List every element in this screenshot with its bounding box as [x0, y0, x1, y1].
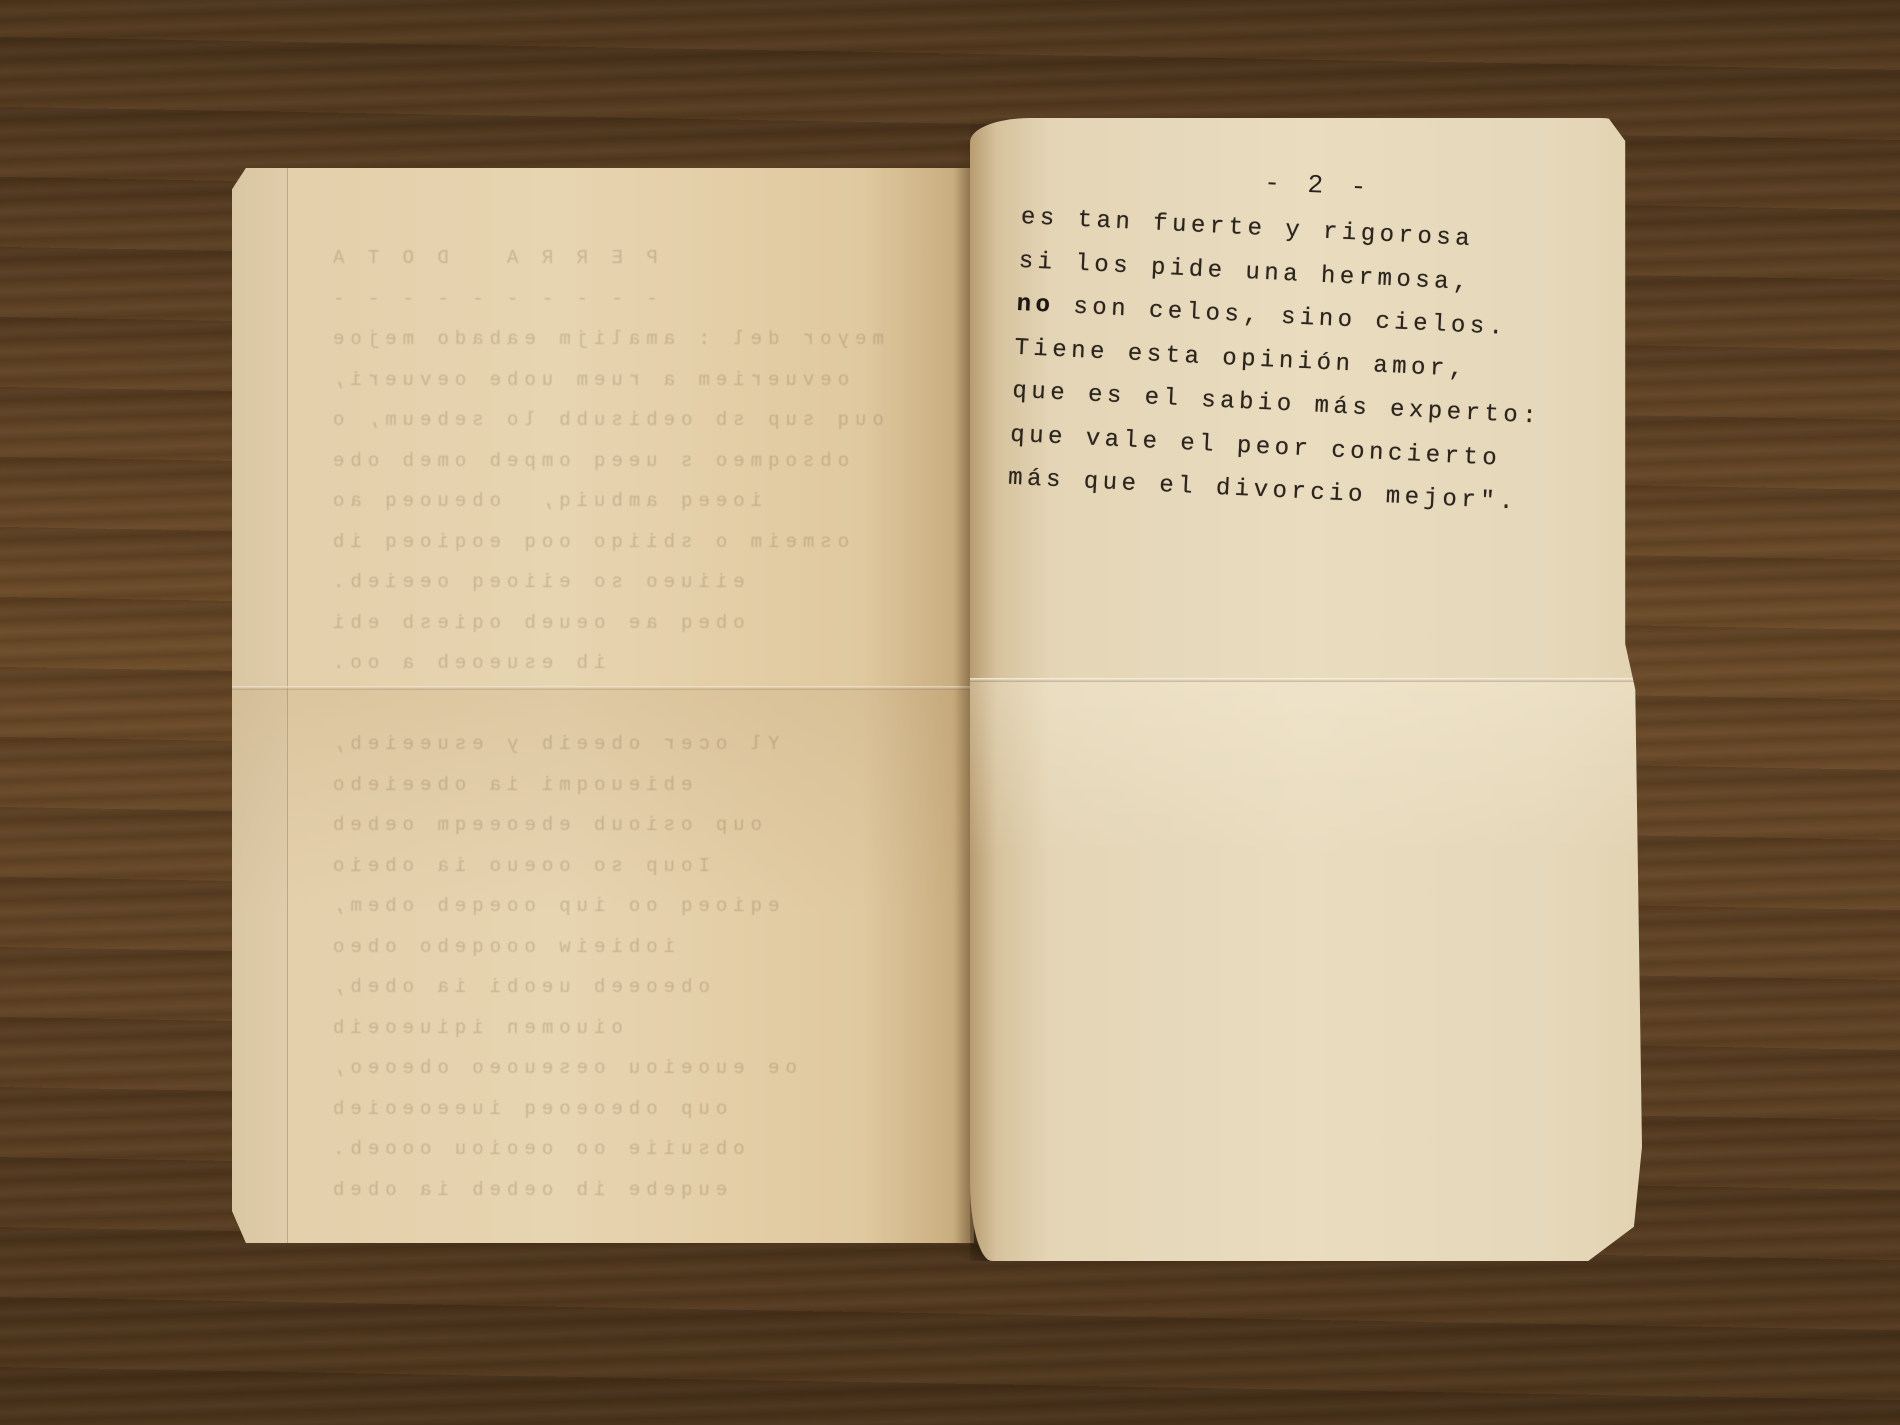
poem-text-block: es tan fuerte y rigorosa si los pide una…	[1007, 196, 1551, 526]
page-number: - 2 -	[1264, 168, 1373, 203]
right-page-fold-crease	[970, 678, 1642, 682]
poem-line-3-emphasis: no	[1016, 291, 1055, 320]
photo-scene: P E R R A D O T A - - - - - - - - - - me…	[0, 0, 1900, 1425]
left-page-bleed-through: P E R R A D O T A - - - - - - - - - - me…	[327, 238, 927, 1210]
right-page-lower-half	[970, 682, 1642, 1261]
left-page: P E R R A D O T A - - - - - - - - - - me…	[232, 168, 974, 1243]
